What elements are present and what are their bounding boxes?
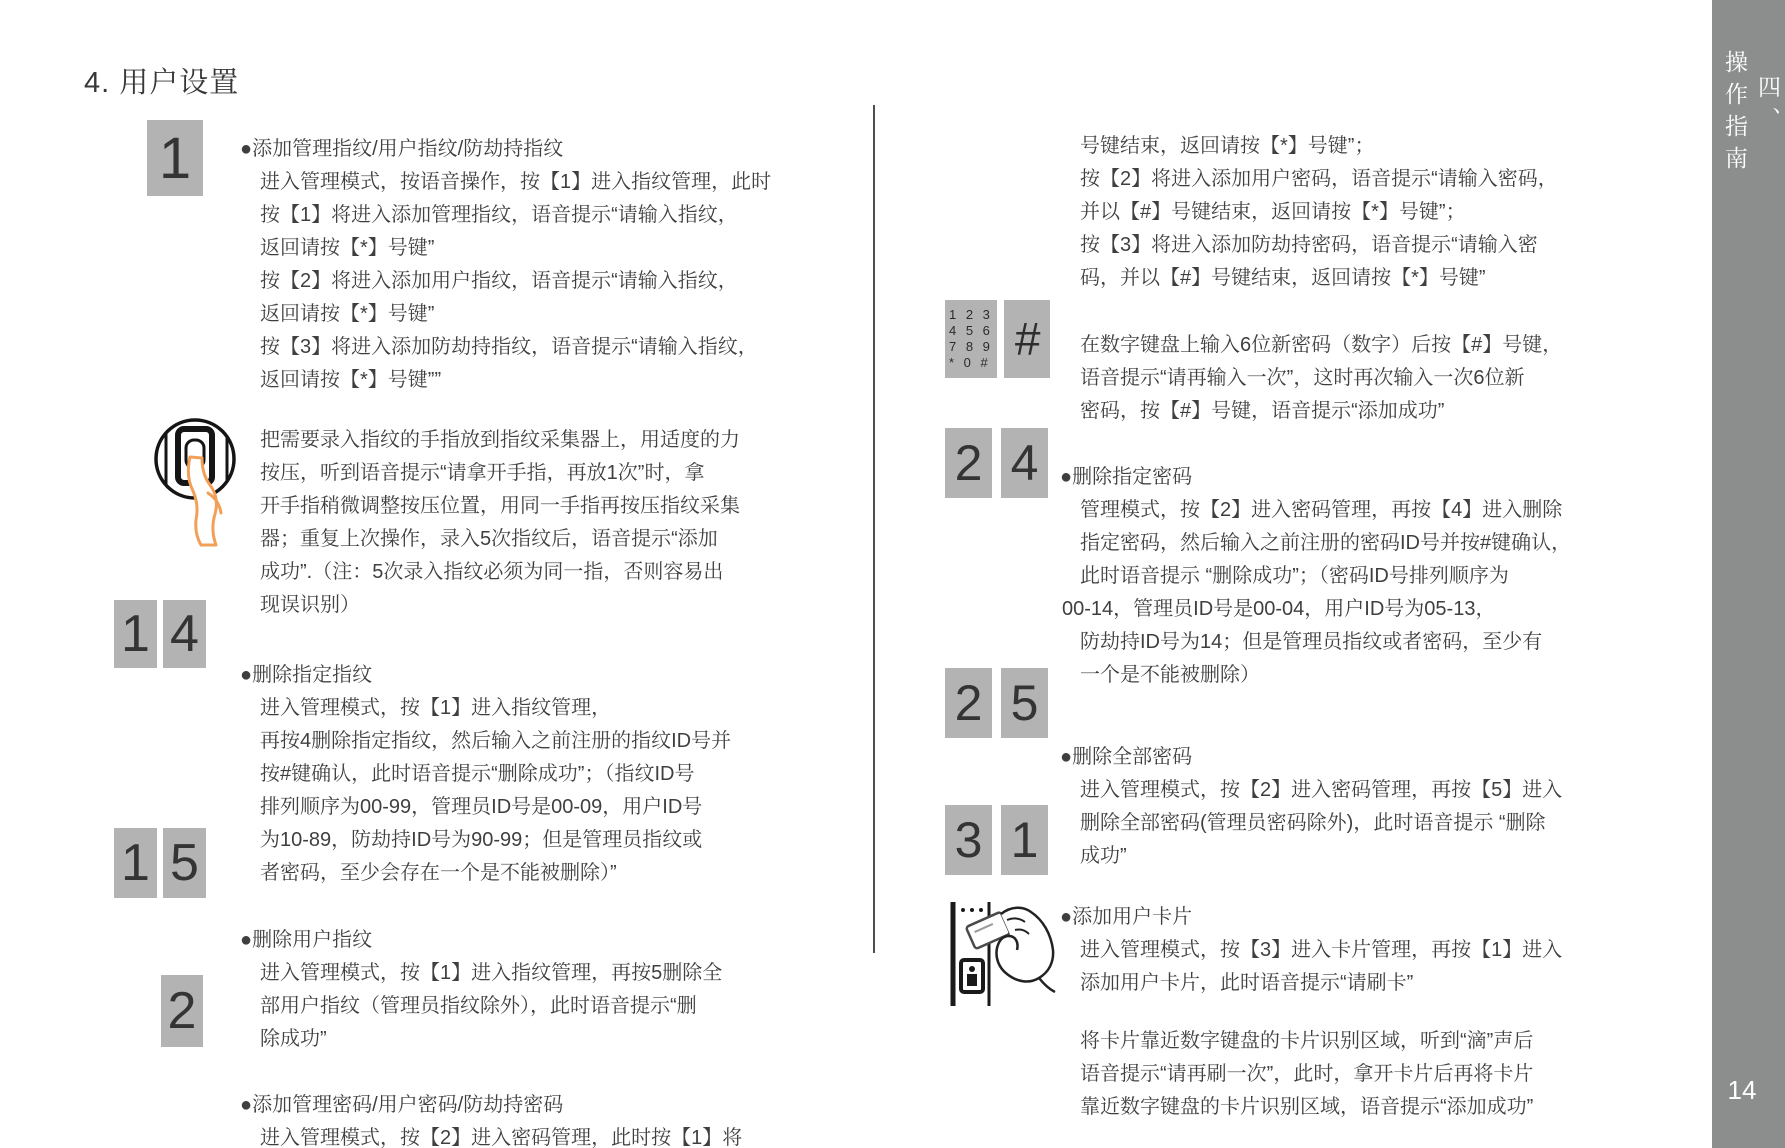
text-line: 语音提示“请再刷一次”，此时，拿开卡片后再将卡片 — [1060, 1058, 1680, 1091]
text-line: 并以【#】号键结束，返回请按【*】号键”； — [1060, 196, 1680, 229]
hash-key-badge: # — [1004, 300, 1050, 378]
text-line: 一个是不能被删除） — [1060, 659, 1680, 692]
text-line: 防劫持ID号为14；但是管理员指纹或者密码，至少有 — [1060, 626, 1680, 659]
text-line: 把需要录入指纹的手指放到指纹采集器上，用适度的力 — [240, 424, 860, 457]
text-line: 按【2】将进入添加用户密码，语音提示“请输入密码， — [1060, 163, 1680, 196]
page-number: 14 — [1712, 1075, 1772, 1106]
section-title: ●删除全部密码 — [1060, 741, 1680, 774]
key-badge-5: 5 — [163, 828, 206, 898]
key-badge-5: 5 — [1001, 668, 1048, 738]
section-card-swipe-instructions: 将卡片靠近数字键盘的卡片识别区域，听到“滴”声后 语音提示“请再刷一次”，此时，… — [1060, 1025, 1680, 1124]
section-fingerprint-instructions: 把需要录入指纹的手指放到指纹采集器上，用适度的力 按压，听到语音提示“请拿开手指… — [240, 424, 860, 622]
key-badge-2: 2 — [945, 668, 992, 738]
text-line: 排列顺序为00-99，管理员ID号是00-09，用户ID号 — [240, 791, 860, 824]
section-new-password-entry: 在数字键盘上输入6位新密码（数字）后按【#】号键， 语音提示“请再输入一次”，这… — [1060, 329, 1680, 428]
text-line: 返回请按【*】号键” — [240, 298, 860, 331]
section-title: ●删除用户指纹 — [240, 924, 860, 957]
text-line: 除成功” — [240, 1023, 860, 1056]
text-line: 进入管理模式，按【3】进入卡片管理，再按【1】进入 — [1060, 934, 1680, 967]
text-line: 按【1】将进入添加管理指纹，语音提示“请输入指纹， — [240, 199, 860, 232]
section-add-fingerprint: ●添加管理指纹/用户指纹/防劫持指纹 进入管理模式，按语音操作，按【1】进入指纹… — [240, 133, 860, 397]
text-line: 按压，听到语音提示“请拿开手指，再放1次”时，拿 — [240, 457, 860, 490]
section-delete-all-passwords: ●删除全部密码 进入管理模式，按【2】进入密码管理，再按【5】进入 删除全部密码… — [1060, 741, 1680, 873]
text-line: 管理模式，按【2】进入密码管理，再按【4】进入删除 — [1060, 494, 1680, 527]
keypad-row: 7 8 9 — [949, 339, 997, 355]
section-title: ●删除指定密码 — [1060, 461, 1680, 494]
text-line: 成功”.（注：5次录入指纹必须为同一指，否则容易出 — [240, 556, 860, 589]
text-line: 成功” — [1060, 840, 1680, 873]
section-delete-user-fingerprint: ●删除用户指纹 进入管理模式，按【1】进入指纹管理，再按5删除全 部用户指纹（管… — [240, 924, 860, 1056]
text-line: 者密码，至少会存在一个是不能被删除）” — [240, 857, 860, 890]
section-title: ●添加用户卡片 — [1060, 901, 1680, 934]
keypad-row: * 0 # — [949, 355, 997, 371]
text-line: 删除全部密码(管理员密码除外)，此时语音提示 “删除 — [1060, 807, 1680, 840]
text-line: 器；重复上次操作，录入5次指纹后，语音提示“添加 — [240, 523, 860, 556]
text-line: 按#键确认，此时语音提示“删除成功”；（指纹ID号 — [240, 758, 860, 791]
text-line: 此时语音提示 “删除成功”；（密码ID号排列顺序为 — [1060, 560, 1680, 593]
text-line: 部用户指纹（管理员指纹除外），此时语音提示“删 — [240, 990, 860, 1023]
step-badge-2: 2 — [161, 975, 203, 1047]
text-line: 密码，按【#】号键，语音提示“添加成功” — [1060, 395, 1680, 428]
text-line: 进入管理模式，按【1】进入指纹管理，再按5删除全 — [240, 957, 860, 990]
section-password-continued: 号键结束，返回请按【*】号键”； 按【2】将进入添加用户密码，语音提示“请输入密… — [1060, 130, 1680, 295]
text-line: 号键结束，返回请按【*】号键”； — [1060, 130, 1680, 163]
key-badge-2: 2 — [945, 428, 992, 498]
text-line: 按【2】将进入添加用户指纹，语音提示“请输入指纹， — [240, 265, 860, 298]
section-delete-specific-fingerprint: ●删除指定指纹 进入管理模式，按【1】进入指纹管理， 再按4删除指定指纹，然后输… — [240, 659, 860, 890]
text-line: 为10-89，防劫持ID号为90-99；但是管理员指纹或 — [240, 824, 860, 857]
text-line: 在数字键盘上输入6位新密码（数字）后按【#】号键， — [1060, 329, 1680, 362]
card-swipe-icon — [945, 898, 1060, 1010]
chapter-title: 操作指南 — [1719, 50, 1752, 178]
text-line: 添加用户卡片，此时语音提示“请刷卡” — [1060, 967, 1680, 1000]
step-badge-1: 1 — [147, 120, 203, 196]
text-line: 码，并以【#】号键结束，返回请按【*】号键” — [1060, 262, 1680, 295]
section-delete-specific-password: ●删除指定密码 管理模式，按【2】进入密码管理，再按【4】进入删除 指定密码，然… — [1060, 461, 1680, 692]
text-line: 指定密码，然后输入之前注册的密码ID号并按#键确认， — [1060, 527, 1680, 560]
text-line: 00-14，管理员ID号是00-04，用户ID号为05-13， — [1060, 593, 1680, 626]
text-line: 按【3】将进入添加防劫持指纹，语音提示“请输入指纹， — [240, 331, 860, 364]
text-line: 进入管理模式，按语音操作，按【1】进入指纹管理，此时 — [240, 166, 860, 199]
chapter-sidebar-label: 四、 操作指南 — [1712, 50, 1785, 178]
section-add-user-card: ●添加用户卡片 进入管理模式，按【3】进入卡片管理，再按【1】进入 添加用户卡片… — [1060, 901, 1680, 1000]
text-line: 靠近数字键盘的卡片识别区域，语音提示“添加成功” — [1060, 1091, 1680, 1124]
section-title: ●添加管理指纹/用户指纹/防劫持指纹 — [240, 133, 860, 166]
text-line: 将卡片靠近数字键盘的卡片识别区域，听到“滴”声后 — [1060, 1025, 1680, 1058]
manual-page: 4. 用户设置 1 ●添加管理指纹/用户指纹/防劫持指纹 进入管理模式，按语音操… — [0, 0, 1785, 1148]
text-line: 语音提示“请再输入一次”，这时再次输入一次6位新 — [1060, 362, 1680, 395]
column-divider — [873, 105, 875, 953]
section-title: ●删除指定指纹 — [240, 659, 860, 692]
key-badge-1: 1 — [1001, 805, 1048, 875]
text-line: 再按4删除指定指纹，然后输入之前注册的指纹ID号并 — [240, 725, 860, 758]
section-add-password: ●添加管理密码/用户密码/防劫持密码 进入管理模式，按【2】进入密码管理，此时按… — [240, 1089, 860, 1148]
keypad-row: 4 5 6 — [949, 323, 997, 339]
text-line: 返回请按【*】号键” — [240, 232, 860, 265]
text-line: 进入管理模式，按【2】进入密码管理，再按【5】进入 — [1060, 774, 1680, 807]
keypad-row: 1 2 3 — [949, 307, 997, 323]
key-badge-1: 1 — [114, 828, 157, 898]
key-badge-4: 4 — [1001, 428, 1048, 498]
text-line: 按【3】将进入添加防劫持密码，语音提示“请输入密 — [1060, 229, 1680, 262]
text-line: 进入管理模式，按【1】进入指纹管理， — [240, 692, 860, 725]
text-line: 进入管理模式，按【2】进入密码管理，此时按【1】将 — [240, 1122, 860, 1148]
chapter-number: 四、 — [1752, 75, 1785, 139]
section-title: ●添加管理密码/用户密码/防劫持密码 — [240, 1089, 860, 1122]
page-title: 4. 用户设置 — [84, 60, 239, 101]
text-line: 现误识别） — [240, 589, 860, 622]
key-badge-3: 3 — [945, 805, 992, 875]
fingerprint-press-icon — [140, 415, 252, 547]
key-badge-4: 4 — [163, 600, 206, 668]
key-badge-1: 1 — [114, 600, 157, 668]
numeric-keypad-icon: 1 2 3 4 5 6 7 8 9 * 0 # — [945, 300, 997, 378]
text-line: 开手指稍微调整按压位置，用同一手指再按压指纹采集 — [240, 490, 860, 523]
text-line: 返回请按【*】号键”” — [240, 364, 860, 397]
